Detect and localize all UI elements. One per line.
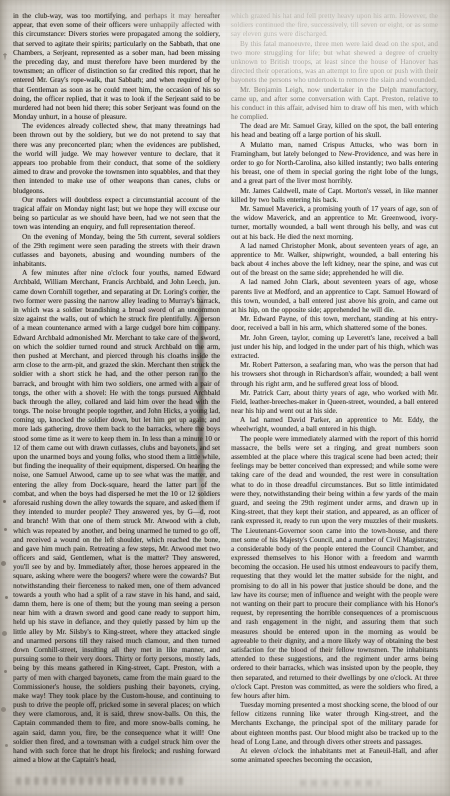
paragraph: Mr. Benjamin Leigh, now undertaker in th… [231, 86, 438, 123]
right-text-column: which grazed his hat and fell pretty hea… [231, 12, 438, 794]
paragraph: Mr. Patrick Carr, about thirty years of … [231, 389, 438, 417]
paragraph: which grazed his hat and fell pretty hea… [231, 12, 438, 40]
showthrough-text-remnant [300, 780, 380, 786]
page-fold-edge [0, 0, 10, 796]
paragraph: Mr. John Green, taylor, coming up Levere… [231, 334, 438, 362]
paragraph: Our readers will doubtless expect a circ… [13, 196, 220, 233]
paragraph: The people were immediately alarmed with… [231, 435, 438, 701]
paragraph: Mr. James Caldwell, mate of Capt. Morton… [231, 187, 438, 205]
paragraph: Mr. Robert Patterson, a seafaring man, w… [231, 361, 438, 389]
paragraph: On the evening of Monday, being the 5th … [13, 233, 220, 270]
showthrough-text-remnant [16, 777, 186, 785]
newspaper-page: † in the club-way, was too mortifying, a… [0, 0, 450, 796]
paragraph: Mr. Edward Payne, of this town, merchant… [231, 315, 438, 333]
paragraph: At eleven o'clock the inhabitants met at… [231, 747, 438, 765]
left-text-column: in the club-way, was too mortifying, and… [13, 12, 220, 794]
paragraph: A few minutes after nine o'clock four yo… [13, 269, 220, 765]
margin-annotation-mark: † [3, 52, 11, 61]
paragraph: The dead are Mr. Samuel Gray, killed on … [231, 122, 438, 140]
paragraph: The evidences already collected shew, th… [13, 122, 220, 196]
paragraph: Tuesday morning presented a most shockin… [231, 701, 438, 747]
paragraph: in the club-way, was too mortifying, and… [13, 12, 220, 122]
margin-ink-specks [3, 500, 6, 503]
paragraph: A Mulatto man, named Crispus Attucks, wh… [231, 141, 438, 187]
paragraph: Mr. Samuel Maverick, a promising youth o… [231, 205, 438, 242]
paragraph: A lad named David Parker, an apprentice … [231, 416, 438, 434]
paragraph: A lad named Christopher Monk, about seve… [231, 242, 438, 279]
paragraph: By this fatal manoeuvre, three men were … [231, 40, 438, 86]
paragraph: A lad named John Clark, about seventeen … [231, 278, 438, 315]
